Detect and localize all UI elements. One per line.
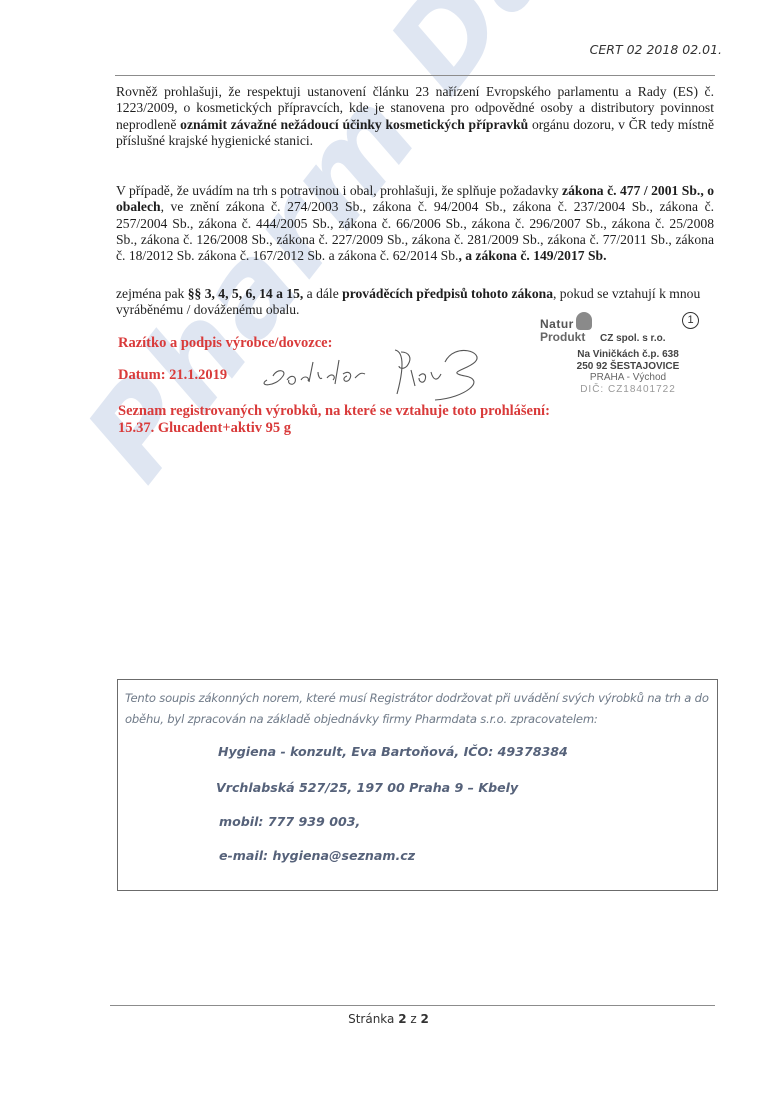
handwritten-signature [255,342,505,402]
document-code: CERT 02 2018 02.01. [590,42,722,57]
stamp-address: Na Viničkách č.p. 638 250 92 ŠESTAJOVICE… [568,349,688,395]
text: zejména pak [116,286,188,301]
stamp-line: Na Viničkách č.p. 638 [568,349,688,361]
packaging-law-paragraph: V případě, že uvádím na trh s potravinou… [116,183,714,264]
processor-address: Vrchlabská 527/25, 197 00 Praha 9 – Kbel… [216,780,518,795]
footer-divider [110,1005,715,1006]
bold-text: oznámit závažné nežádoucí účinky kosmeti… [180,117,528,132]
page-of: z [410,1012,416,1026]
processor-name: Hygiena - konzult, Eva Bartoňová, IČO: 4… [218,744,568,759]
product-item: 15.37. Glucadent+aktiv 95 g [118,420,550,437]
company-logo: Natur Produkt [540,318,585,344]
bold-text: , a zákona č. 149/2017 Sb. [458,248,606,263]
page-number: Stránka 2 z 2 [0,1012,777,1026]
text: a dále [303,286,342,301]
processor-mobile: mobil: 777 939 003, [219,814,360,829]
provisions-paragraph: zejména pak §§ 3, 4, 5, 6, 14 a 15, a dá… [116,286,714,319]
text: , ve znění zákona č. 274/2003 Sb., zákon… [116,199,714,263]
page-label: Stránka [348,1012,394,1026]
cosmetics-declaration-paragraph: Rovněž prohlašuji, že respektuji ustanov… [116,84,714,149]
bold-text: §§ 3, 4, 5, 6, 14 a 15, [188,286,304,301]
text: V případě, že uvádím na trh s potravinou… [116,183,562,198]
page-total: 2 [421,1012,429,1026]
processor-info-box: Tento soupis zákonných norem, které musí… [117,679,718,891]
circled-number-marker: 1 [682,312,699,329]
product-list: Seznam registrovaných výrobků, na které … [118,403,550,437]
stamp-line: PRAHA - Východ [568,372,688,384]
logo-text: Produkt [540,331,585,344]
header-divider [115,75,715,76]
processor-email: e-mail: hygiena@seznam.cz [219,848,415,863]
date-label: Datum: 21.1.2019 [118,367,227,384]
info-intro-text: Tento soupis zákonných norem, které musí… [125,688,715,730]
page-current: 2 [398,1012,406,1026]
stamp-company-name: CZ spol. s r.o. [600,333,666,344]
bold-text: prováděcích předpisů tohoto zákona [342,286,553,301]
stamp-tax-id: DIČ: CZ18401722 [568,384,688,396]
product-list-heading: Seznam registrovaných výrobků, na které … [118,403,550,420]
stamp-line: 250 92 ŠESTAJOVICE [568,361,688,373]
